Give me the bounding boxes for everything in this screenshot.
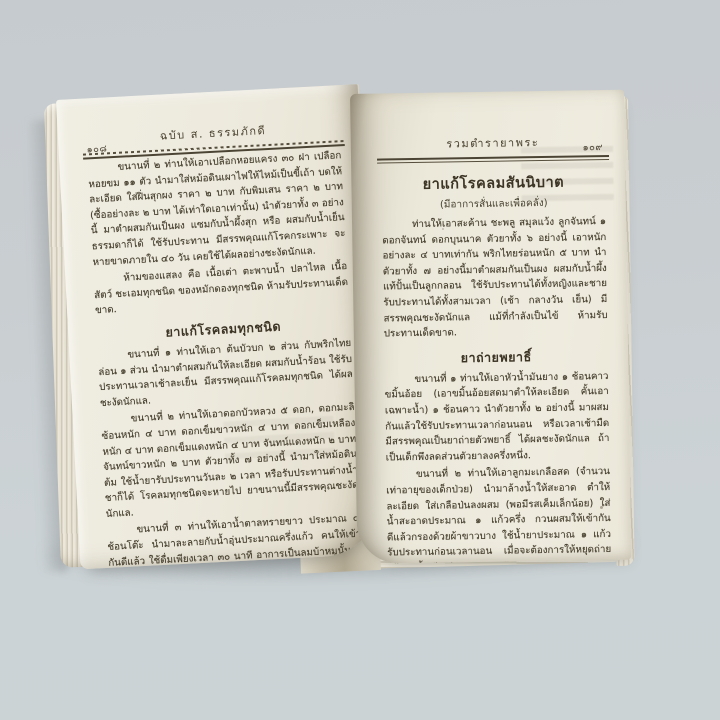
left-paragraph-wind-1: ขนานที่ ๑ ท่านให้เอา ต้นบัวบก ๒ ส่วน กับ… (97, 336, 354, 412)
photo-background: ๑๐๘ ฉบับ ส. ธรรมภักดี ขนานที่ ๒ ท่านให้เ… (0, 0, 720, 720)
paper-speck (600, 506, 603, 509)
left-paragraph-wind-2: ขนานที่ ๒ ท่านให้เอาดอกบัวหลวง ๕ ดอก, ดอ… (100, 400, 359, 522)
right-paragraph-parasite-2: ขนานที่ ๒ ท่านให้เอาลูกมะเกลือสด (จำนวนเ… (386, 464, 612, 564)
right-paragraph-sannibat: ท่านให้เอาสะค้าน ชะพลู สมุลแว้ง ลูกจันทน… (382, 214, 608, 342)
right-paragraph-parasite-1: ขนานที่ ๑ ท่านให้เอาหัวน้ำมันยาง ๑ ช้อนค… (384, 369, 609, 466)
right-section-subtitle: (มีอาการสั่นและเพื่อคลั่ง) (382, 195, 606, 214)
right-section-heading-sannibat: ยาแก้โรคลมสันนิบาต (381, 170, 605, 197)
right-section-heading-parasite: ยาถ่ายพยาธิ์ (384, 346, 608, 370)
right-page-content: ๑๐๙ รวมตำรายาพระ ยาแก้โรคลมสันนิบาต (มีอ… (350, 90, 631, 564)
left-page-content: ๑๐๘ ฉบับ ส. ธรรมภักดี ขนานที่ ๒ ท่านให้เ… (56, 84, 382, 569)
right-page: ๑๐๙ รวมตำรายาพระ ยาแก้โรคลมสันนิบาต (มีอ… (350, 90, 631, 564)
left-page-number: ๑๐๘ (86, 141, 107, 157)
right-running-head: รวมตำรายาพระ (381, 132, 605, 154)
right-page-number: ๑๐๙ (582, 140, 603, 155)
left-page: ๑๐๘ ฉบับ ส. ธรรมภักดี ขนานที่ ๒ ท่านให้เ… (56, 84, 382, 569)
left-paragraph-shell-remedy: ขนานที่ ๒ ท่านให้เอาเปลือกหอยแครง ๓๐ ฝา … (87, 148, 346, 270)
paper-speck (442, 228, 444, 230)
